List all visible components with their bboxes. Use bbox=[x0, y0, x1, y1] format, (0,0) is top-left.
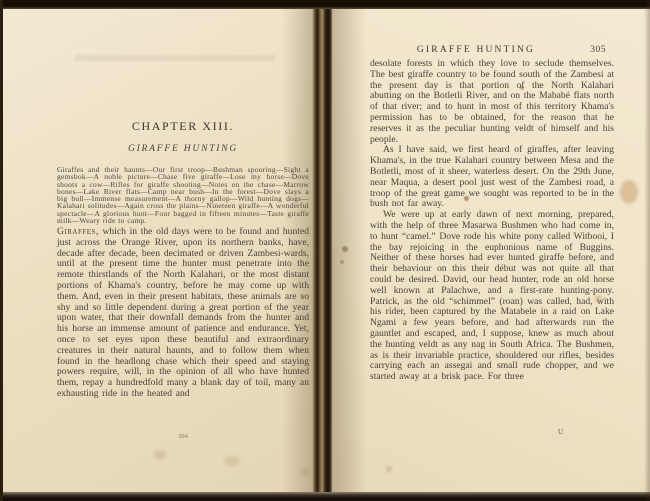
right-page-body: desolate forests in which they love to s… bbox=[370, 59, 614, 383]
body-opener-smallcaps: Giraffes, bbox=[57, 226, 99, 237]
right-page-folio: 305 bbox=[590, 45, 606, 55]
printer-signature-mark: U bbox=[558, 428, 563, 436]
show-through-smudge bbox=[75, 55, 275, 61]
left-page-folio: 304 bbox=[57, 433, 309, 440]
book-spine-gutter bbox=[312, 0, 333, 501]
left-page: CHAPTER XIII. GIRAFFE HUNTING Giraffes a… bbox=[3, 9, 312, 493]
paragraph: As I have said, we first heard of giraff… bbox=[370, 145, 614, 210]
right-page: GIRAFFE HUNTING 305 desolate forests in … bbox=[333, 7, 650, 494]
cover-edge-bottom bbox=[0, 492, 650, 501]
left-page-body: Giraffes, which in the old days were to … bbox=[57, 227, 309, 400]
paragraph-continuation: desolate forests in which they love to s… bbox=[370, 59, 614, 145]
gutter-shadow-right bbox=[333, 7, 367, 494]
chapter-summary: Giraffes and their haunts—Our first troo… bbox=[57, 166, 309, 224]
chapter-subtitle: GIRAFFE HUNTING bbox=[57, 144, 309, 154]
running-header-title: GIRAFFE HUNTING bbox=[417, 45, 535, 55]
paragraph: We were up at early dawn of next morning… bbox=[370, 210, 614, 383]
running-header: GIRAFFE HUNTING 305 bbox=[370, 45, 614, 55]
cover-edge-top bbox=[0, 0, 650, 9]
left-body-text: which in the old days were to be found a… bbox=[57, 226, 309, 399]
book-photo: CHAPTER XIII. GIRAFFE HUNTING Giraffes a… bbox=[0, 0, 650, 501]
chapter-heading: CHAPTER XIII. bbox=[57, 119, 309, 134]
cover-edge-left bbox=[0, 0, 3, 501]
